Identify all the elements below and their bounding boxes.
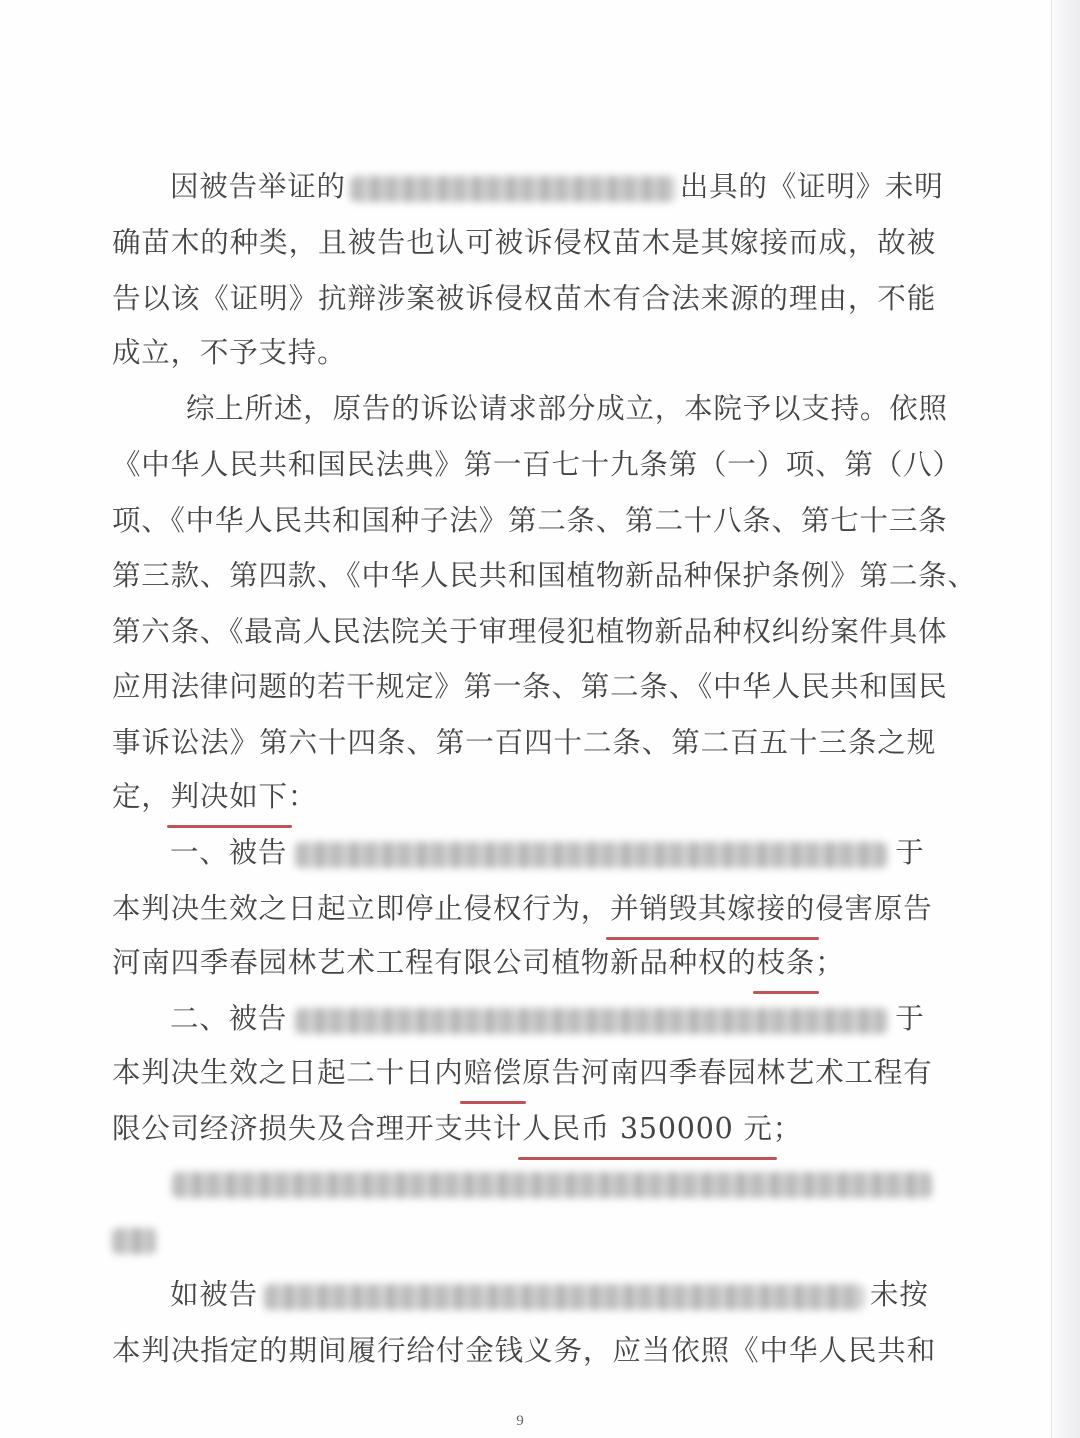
page-number: 9 xyxy=(0,1413,1040,1430)
text-line: 本判决指定的期间履行给付金钱义务，应当依照《中华人民共和 xyxy=(112,1324,936,1378)
text-line: 第三款、第四款、《中华人民共和国植物新品种保护条例》第二条、 xyxy=(112,549,936,603)
text-line: 本判决生效之日起二十日内赔偿原告河南四季春园林艺术工程有 xyxy=(112,1046,932,1100)
redacted-defendant-name xyxy=(295,842,887,868)
text-line: 成立，不予支持。 xyxy=(112,326,346,380)
text-line: 项、《中华人民共和国种子法》第二条、第二十八条、第七十三条 xyxy=(112,494,936,548)
redacted-paragraph-tail xyxy=(112,1212,156,1266)
text-line: 《中华人民共和国民法典》第一百七十九条第（一）项、第（八） xyxy=(112,438,936,492)
underlined-branches: 枝条 xyxy=(757,936,816,990)
underlined-amount: 人民币 350000 元 xyxy=(522,1102,773,1156)
redacted-defendant-name xyxy=(295,1008,887,1034)
text-line: 定，判决如下： xyxy=(112,770,317,824)
underlined-destroy-clause: 并销毁其嫁接的 xyxy=(610,882,815,936)
text-line: 本判决生效之日起立即停止侵权行为，并销毁其嫁接的侵害原告 xyxy=(112,882,932,936)
redacted-name xyxy=(350,176,676,202)
underlined-judgment-heading: 判决如下 xyxy=(171,770,288,824)
text-line: 综上所述，原告的诉讼请求部分成立，本院予以支持。依照 xyxy=(186,382,936,436)
text-line: 河南四季春园林艺术工程有限公司植物新品种权的枝条； xyxy=(112,936,845,990)
text-line: 二、被告于 xyxy=(170,992,936,1046)
underlined-compensate: 赔偿 xyxy=(464,1046,523,1100)
text-line: 一、被告于 xyxy=(170,826,936,880)
page-edge-shadow xyxy=(1051,0,1080,1438)
text-line: 如被告未按 xyxy=(170,1268,936,1322)
redacted-defendant-name xyxy=(264,1284,864,1310)
text-line: 告以该《证明》抗辩涉案被诉侵权苗木有合法来源的理由，不能 xyxy=(112,272,936,326)
text-line: 因被告举证的出具的《证明》未明 xyxy=(170,160,936,214)
redacted-paragraph xyxy=(172,1156,932,1210)
text-line: 应用法律问题的若干规定》第一条、第二条、《中华人民共和国民 xyxy=(112,660,936,714)
text-line: 确苗木的种类，且被告也认可被诉侵权苗木是其嫁接而成，故被 xyxy=(112,216,936,270)
text-line: 第六条、《最高人民法院关于审理侵犯植物新品种权纠纷案件具体 xyxy=(112,605,936,659)
text-line: 事诉讼法》第六十四条、第一百四十二条、第二百五十三条之规 xyxy=(112,716,936,770)
text-line: 限公司经济损失及合理开支共计人民币 350000 元； xyxy=(112,1102,802,1156)
